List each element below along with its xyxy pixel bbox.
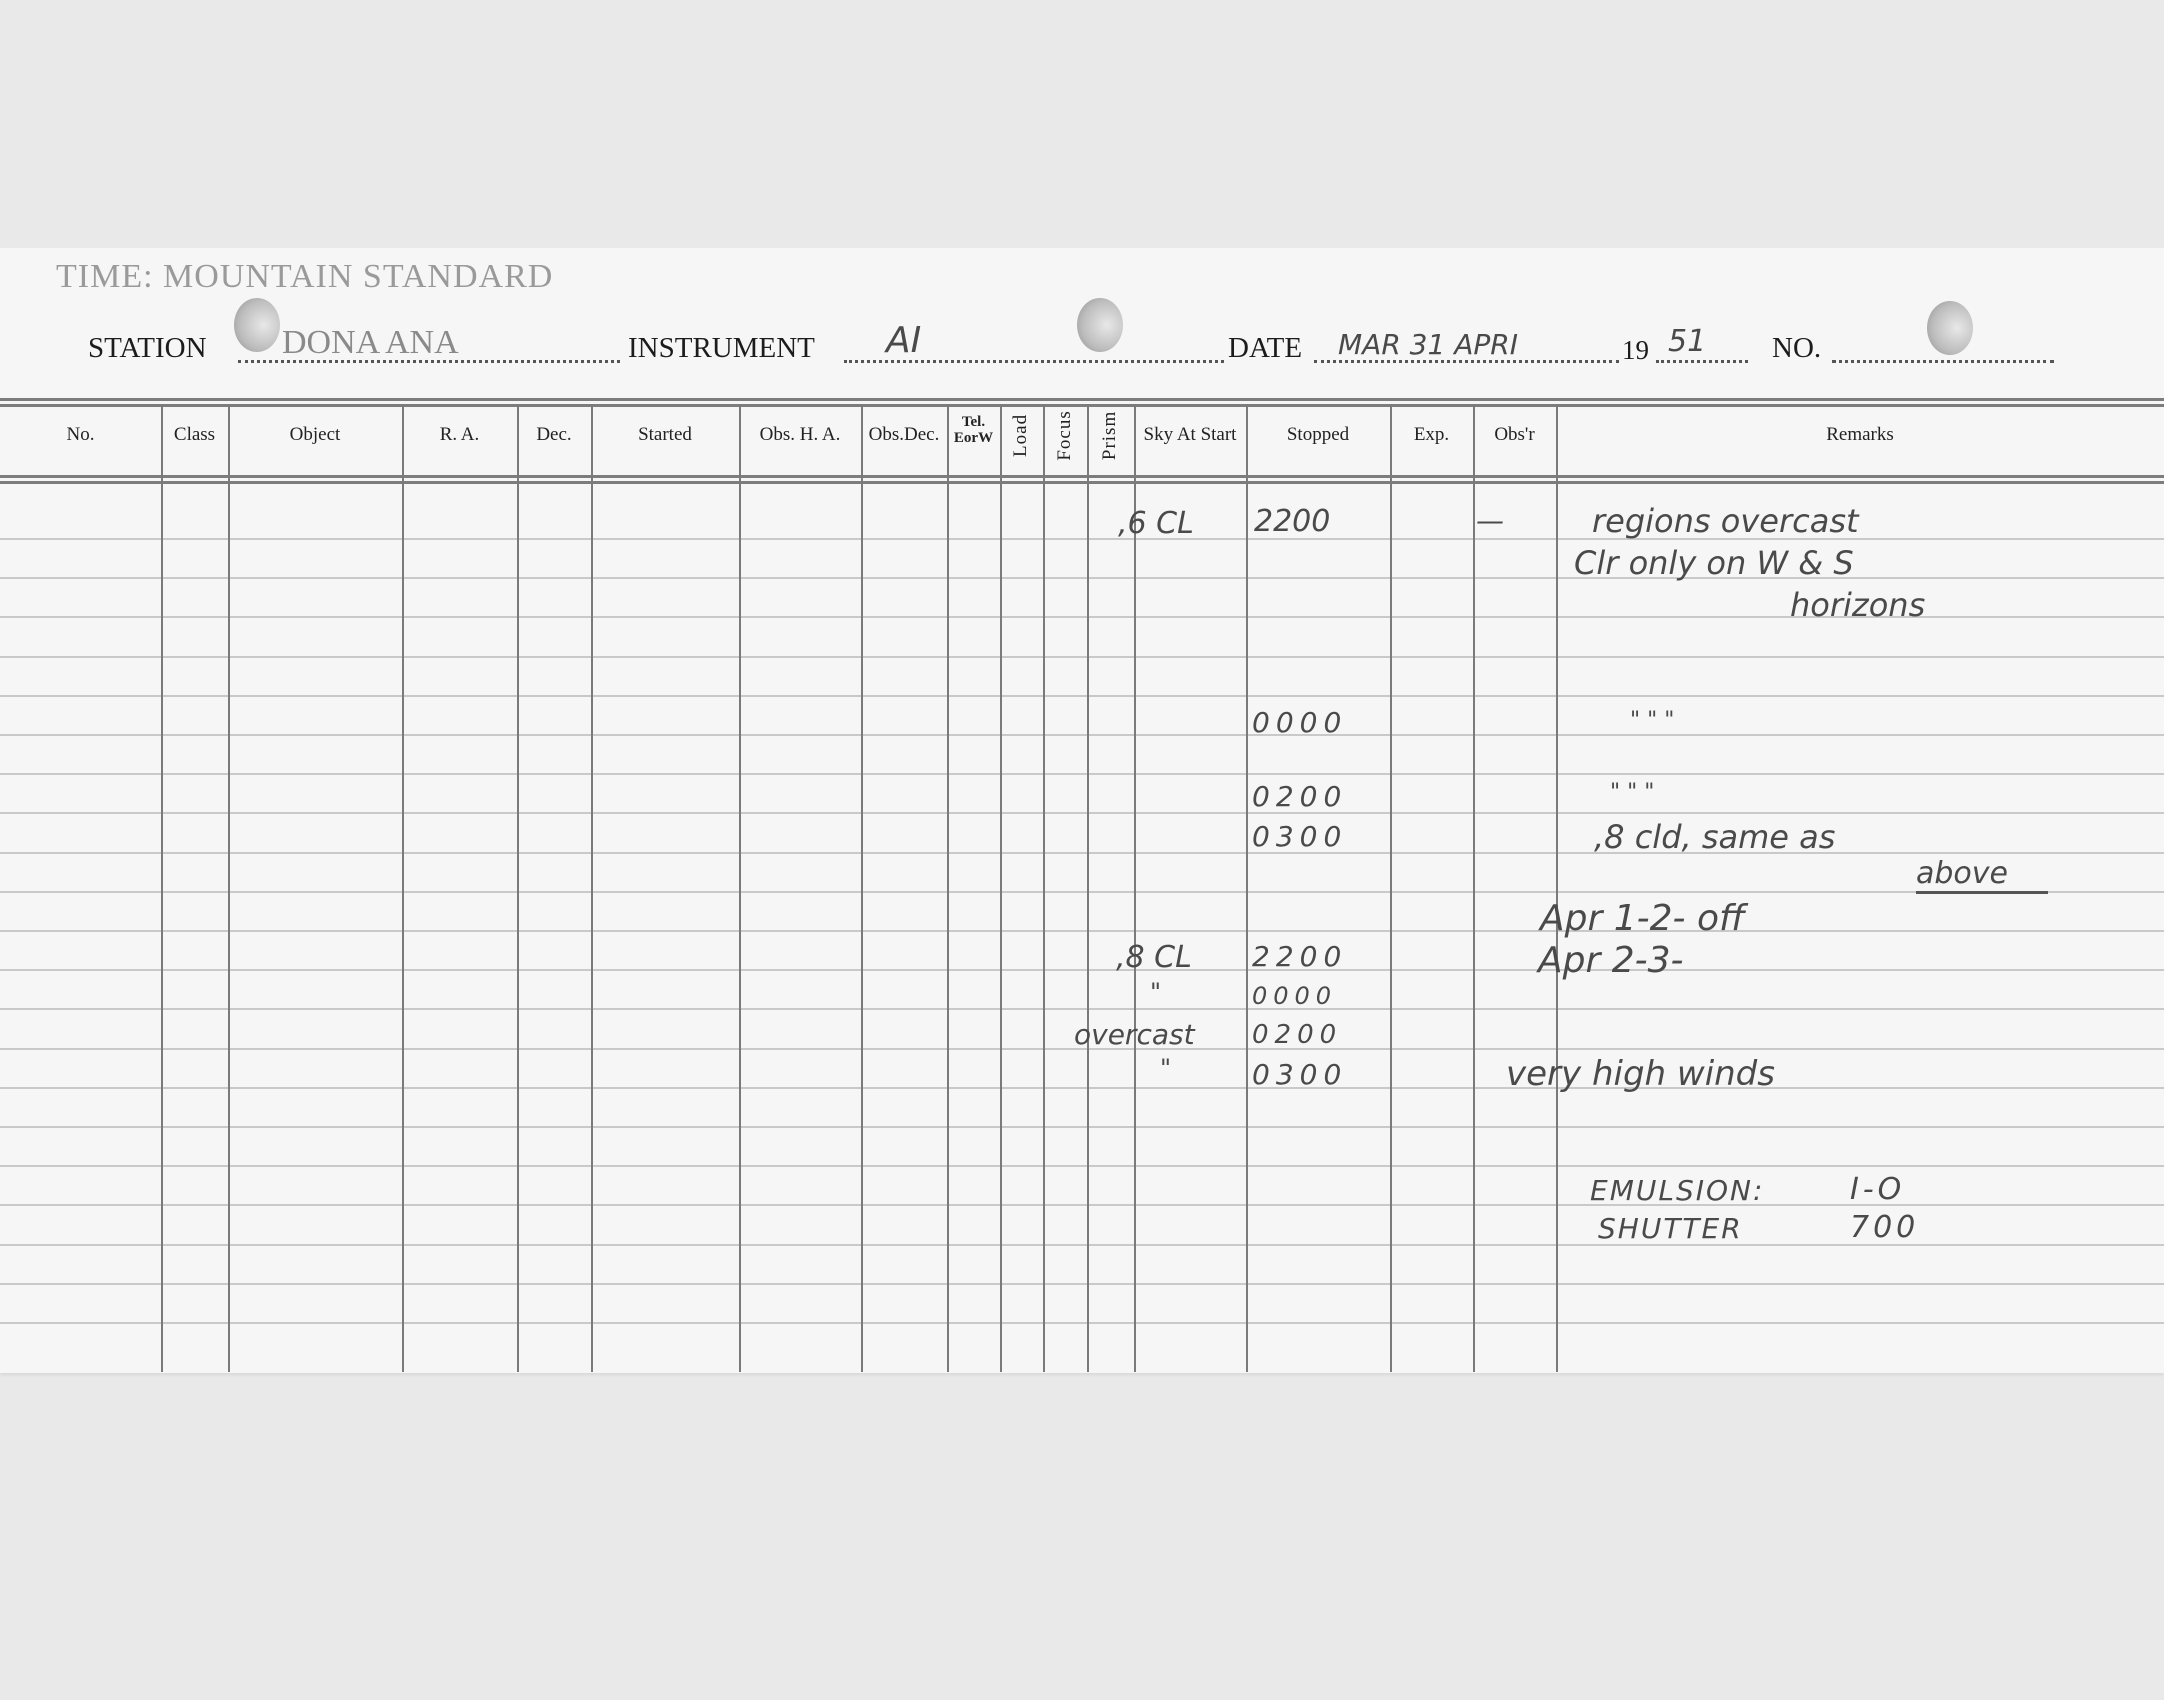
column-header-tel: Tel. EorW (947, 400, 1000, 460)
station-value[interactable]: DONA ANA (282, 324, 459, 362)
row-rule (0, 1165, 2164, 1167)
observer-entry[interactable]: — (1476, 504, 1504, 537)
row-rule (0, 1008, 2164, 1010)
column-header-focus: Focus (1043, 398, 1087, 472)
stopped-entry[interactable]: 2200 (1254, 504, 1330, 539)
column-header-sky-at-start: Sky At Start (1134, 398, 1246, 472)
column-rule (161, 404, 163, 1372)
column-rule (947, 404, 949, 1372)
punch-hole-icon (234, 298, 280, 352)
sky-at-start-entry[interactable]: " (1150, 978, 1161, 1006)
stopped-entry[interactable]: 0200 (1252, 1020, 1342, 1050)
column-rule (591, 404, 593, 1372)
remarks-entry[interactable]: " " " (1630, 708, 1674, 733)
row-rule (0, 1087, 2164, 1089)
instrument-label: INSTRUMENT (628, 332, 815, 365)
remarks-entry[interactable]: Apr 1-2- off (1540, 898, 1745, 939)
stopped-entry[interactable]: 0300 (1252, 1058, 1347, 1091)
column-header-prism-text: Prism (1100, 410, 1121, 459)
remarks-entry[interactable]: horizons (1790, 586, 1925, 624)
remarks-entry[interactable]: Apr 2-3- (1538, 940, 1684, 981)
row-rule (0, 852, 2164, 854)
instrument-value[interactable]: AI (886, 320, 921, 361)
remarks-entry[interactable]: very high winds (1506, 1054, 1775, 1094)
date-value[interactable]: MAR 31 APRI (1338, 328, 1518, 361)
stopped-entry[interactable]: 2200 (1252, 940, 1347, 973)
column-header-obs-dec: Obs.Dec. (861, 398, 947, 472)
row-rule (0, 812, 2164, 814)
column-header-dec: Dec. (517, 398, 591, 472)
column-header-no: No. (0, 398, 161, 472)
station-label: STATION (88, 332, 207, 365)
column-rule (1556, 404, 1558, 1372)
column-rule (1000, 404, 1002, 1372)
stopped-entry[interactable]: 0000 (1252, 706, 1347, 739)
header-bottom-rule (0, 481, 2164, 484)
column-rule (1246, 404, 1248, 1372)
column-header-obs-ha: Obs. H. A. (739, 398, 861, 472)
column-header-started: Started (591, 398, 739, 472)
column-header-exp: Exp. (1390, 398, 1473, 472)
remarks-entry[interactable]: regions overcast (1592, 502, 1859, 540)
row-rule (0, 656, 2164, 658)
column-rule (1043, 404, 1045, 1372)
column-rule (517, 404, 519, 1372)
header-bottom-rule (0, 475, 2164, 478)
punch-hole-icon (1077, 298, 1123, 352)
shutter-label: SHUTTER (1598, 1212, 1743, 1245)
column-rule (739, 404, 741, 1372)
shutter-value[interactable]: 700 (1850, 1210, 1919, 1245)
year-prefix: 19 (1622, 335, 1649, 366)
column-header-focus-text: Focus (1055, 410, 1076, 460)
emulsion-label: EMULSION: (1590, 1174, 1764, 1207)
row-rule (0, 1204, 2164, 1206)
row-rule (0, 1244, 2164, 1246)
column-header-obsr: Obs'r (1473, 398, 1556, 472)
row-rule (0, 1126, 2164, 1128)
column-rule (1473, 404, 1475, 1372)
stopped-entry[interactable]: 0000 (1252, 982, 1337, 1010)
column-rule (1087, 404, 1089, 1372)
stopped-entry[interactable]: 0200 (1252, 780, 1347, 813)
row-rule (0, 969, 2164, 971)
column-rule (861, 404, 863, 1372)
sky-at-start-entry[interactable]: ,6 CL (1118, 506, 1194, 541)
stopped-entry[interactable]: 0300 (1252, 820, 1347, 853)
column-header-stopped: Stopped (1246, 398, 1390, 472)
row-rule (0, 891, 2164, 893)
column-rule (228, 404, 230, 1372)
row-rule (0, 773, 2164, 775)
observation-log-card: TIME: MOUNTAIN STANDARD STATION DONA ANA… (0, 248, 2164, 1373)
year-field-line (1656, 360, 1748, 363)
row-rule (0, 1283, 2164, 1285)
column-header-ra: R. A. (402, 398, 517, 472)
column-header-object: Object (228, 398, 402, 472)
remarks-entry[interactable]: " " " (1610, 780, 1654, 805)
row-rule (0, 734, 2164, 736)
sky-at-start-entry[interactable]: " (1160, 1054, 1171, 1082)
punch-hole-icon (1927, 301, 1973, 355)
column-rule (402, 404, 404, 1372)
row-rule (0, 1322, 2164, 1324)
row-rule (0, 930, 2164, 932)
remarks-entry[interactable]: Clr only on W & S (1574, 544, 1854, 582)
time-zone-stamp: TIME: MOUNTAIN STANDARD (56, 258, 553, 296)
row-rule (0, 695, 2164, 697)
remarks-entry[interactable]: ,8 cld, same as (1594, 818, 1835, 856)
remarks-entry[interactable]: above (1916, 856, 2048, 894)
emulsion-value[interactable]: I-O (1850, 1172, 1905, 1207)
column-header-load: Load (1000, 398, 1043, 472)
column-header-prism: Prism (1087, 398, 1134, 472)
year-value[interactable]: 51 (1668, 324, 1706, 359)
column-rule (1390, 404, 1392, 1372)
sky-at-start-entry[interactable]: ,8 CL (1116, 940, 1192, 975)
number-field-line[interactable] (1832, 360, 2054, 363)
column-rule (1134, 404, 1136, 1372)
date-label: DATE (1228, 332, 1302, 365)
column-header-class: Class (161, 398, 228, 472)
column-header-remarks: Remarks (1556, 398, 2164, 472)
sky-at-start-entry[interactable]: overcast (1074, 1018, 1195, 1051)
column-header-load-text: Load (1011, 413, 1032, 456)
number-label: NO. (1772, 332, 1821, 365)
